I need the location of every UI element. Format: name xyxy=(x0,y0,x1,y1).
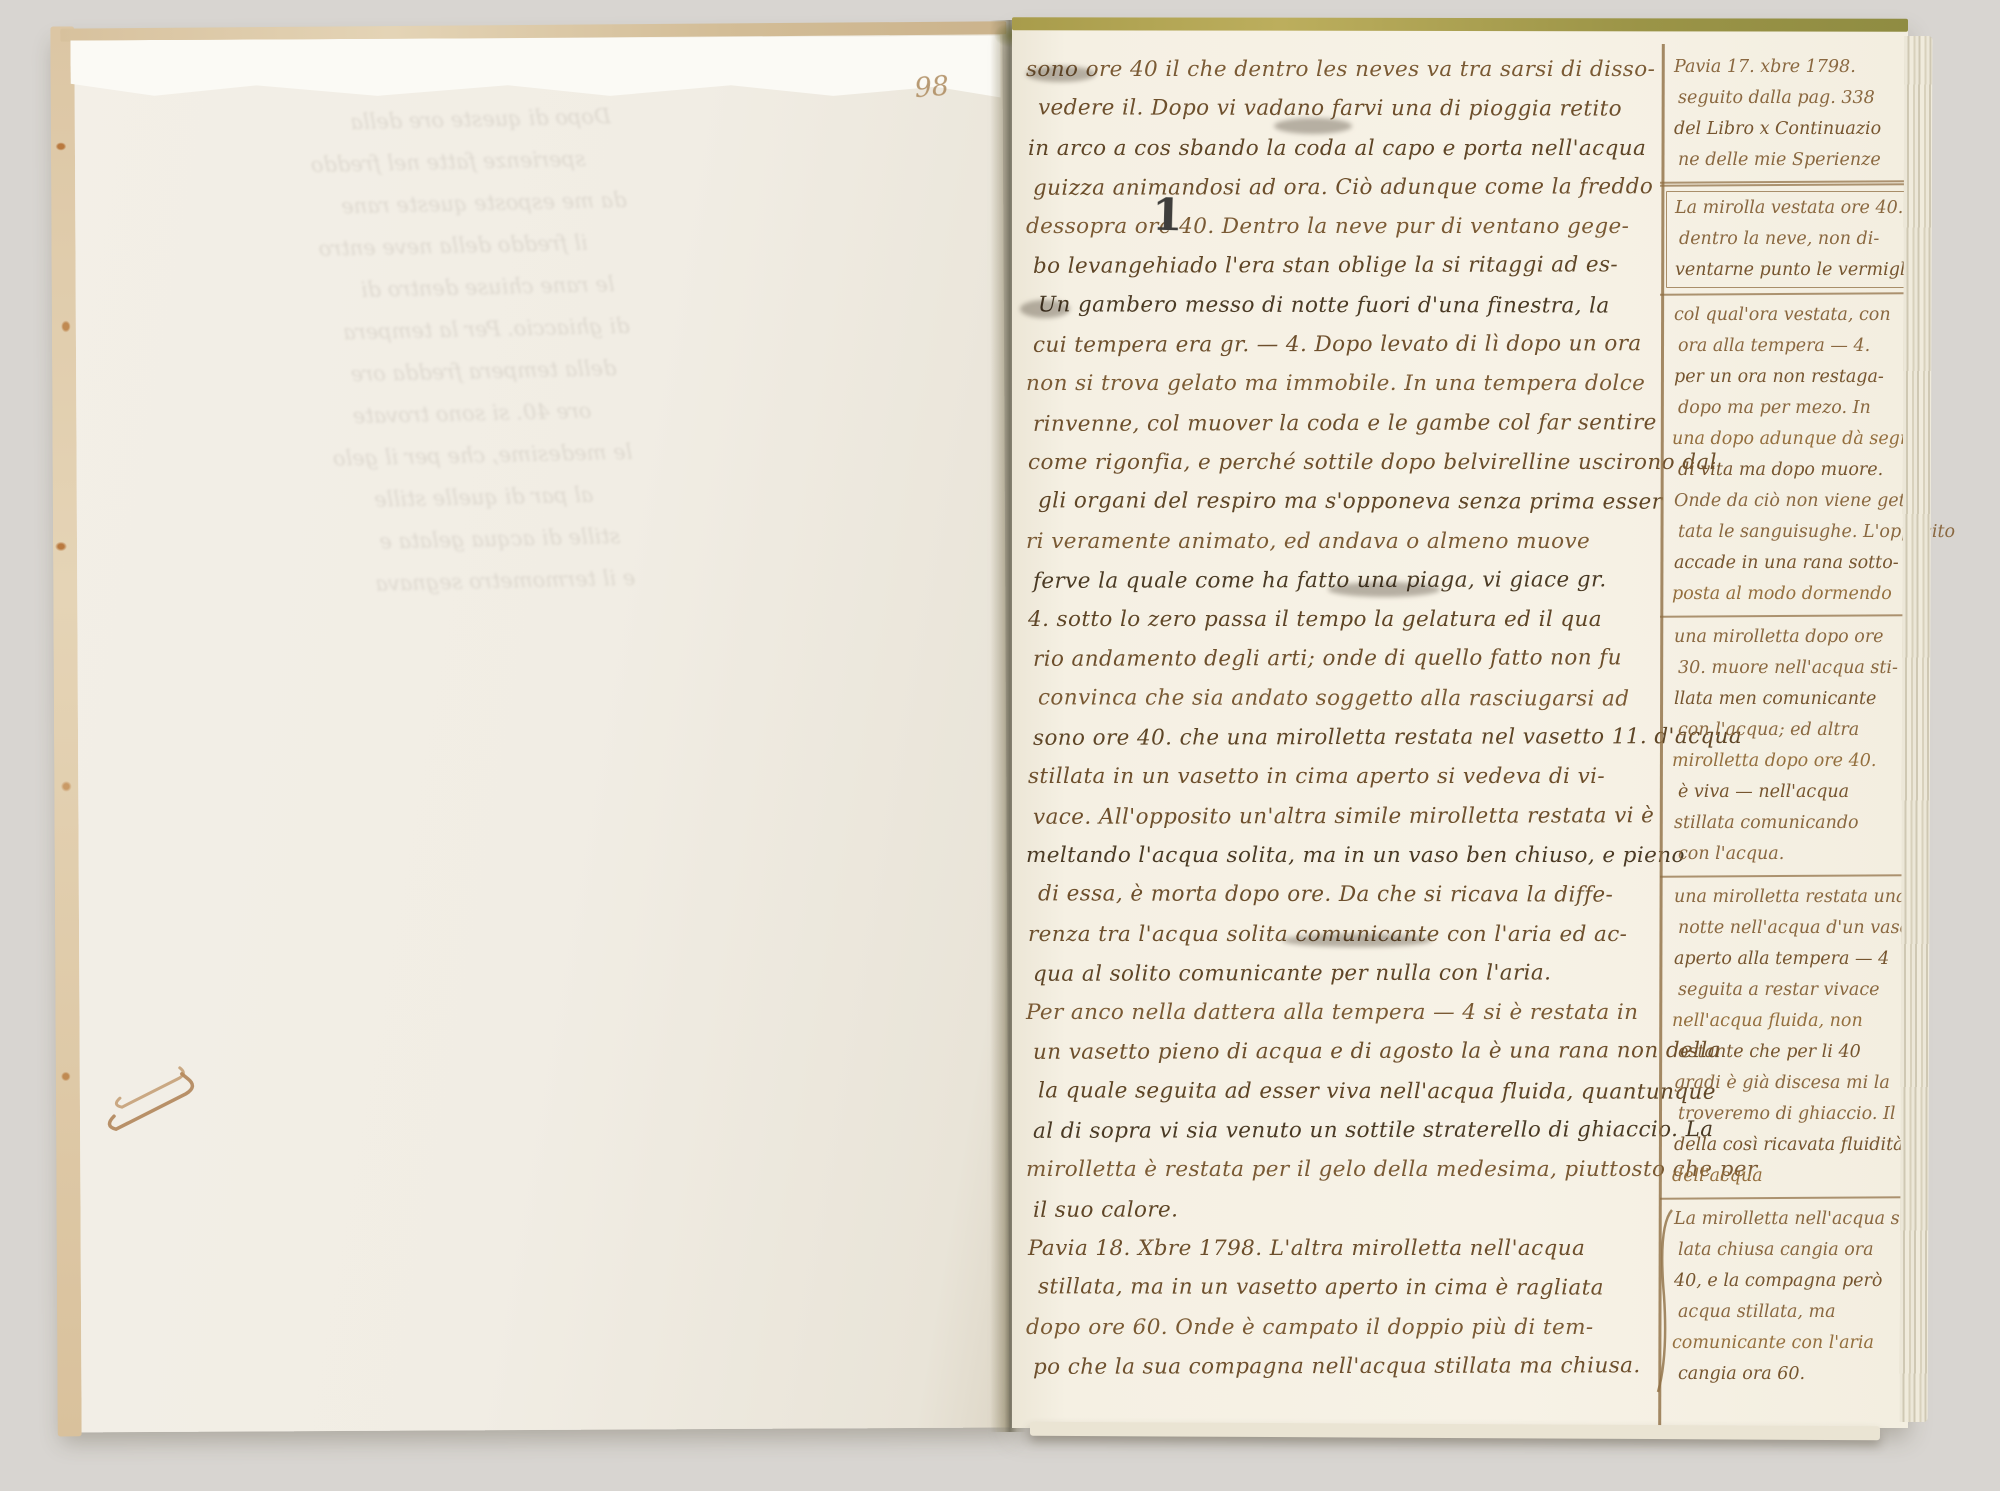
manuscript-line: stillata in un vasetto in cima aperto si… xyxy=(1028,757,1670,796)
manuscript-line: stillata, ma in un vasetto aperto in cim… xyxy=(1038,1268,1680,1309)
margin-line: del Libro x Continuazio xyxy=(1674,114,1906,145)
margin-section-2: col qual'ora vestata, conora alla temper… xyxy=(1674,300,1906,610)
margin-line: seguito dalla pag. 338 xyxy=(1678,83,1910,114)
margin-line: llata men comunicante xyxy=(1674,684,1906,715)
margin-line: ostante che per li 40 xyxy=(1678,1037,1910,1068)
manuscript-line: mirolletta è restata per il gelo della m… xyxy=(1026,1150,1668,1189)
folio-number-98: 98 xyxy=(913,71,950,104)
margin-line: della così ricavata fluidità xyxy=(1674,1130,1906,1161)
ink-smudge xyxy=(1274,118,1352,134)
margin-line: seguita a restar vivace xyxy=(1678,975,1910,1006)
margin-line: ventarne punto le vermiglie xyxy=(1675,255,1901,286)
manuscript-line: meltando l'acqua solita, ma in un vaso b… xyxy=(1026,836,1668,875)
manuscript-line: al di sopra vi sia venuto un sottile str… xyxy=(1033,1110,1675,1151)
manuscript-line: non si trova gelato ma immobile. In una … xyxy=(1026,364,1668,403)
margin-line: lata chiusa cangia ora xyxy=(1678,1235,1910,1266)
margin-line: cangia ora 60. xyxy=(1678,1359,1910,1390)
manuscript-line: qua al solito comunicante per nulla con … xyxy=(1033,953,1675,994)
margin-line: con l'acqua. xyxy=(1678,839,1910,870)
manuscript-line: in arco a cos sbando la coda al capo e p… xyxy=(1028,129,1670,168)
manuscript-line: un vasetto pieno di acqua e di agosto la… xyxy=(1033,1032,1675,1073)
margin-section-5: La mirolletta nell'acqua stil-lata chius… xyxy=(1674,1204,1906,1390)
margin-line: La mirolla vestata ore 40. xyxy=(1675,193,1901,224)
margin-header: Pavia 17. xbre 1798.seguito dalla pag. 3… xyxy=(1674,52,1906,176)
manuscript-line: rio andamento degli arti; onde di quello… xyxy=(1033,639,1675,680)
margin-line: posta al modo dormendo xyxy=(1672,579,1904,610)
margin-line: dentro la neve, non di- xyxy=(1679,224,1905,255)
manuscript-line: vedere il. Dopo vi vadano farvi una di p… xyxy=(1038,89,1680,130)
margin-line: tata le sanguisughe. L'opposito xyxy=(1678,517,1910,548)
olive-page-top-edge xyxy=(1012,17,1908,32)
margin-section-4: una mirolletta restata unanotte nell'acq… xyxy=(1674,882,1906,1192)
margin-section-1: La mirolla vestata ore 40.dentro la neve… xyxy=(1666,191,1906,288)
manuscript-line: dopo ore 60. Onde è campato il doppio pi… xyxy=(1026,1308,1668,1347)
horizontal-rule xyxy=(1660,183,1910,187)
margin-line: acqua stillata, ma xyxy=(1678,1297,1910,1328)
manuscript-line: ri veramente animato, ed andava o almeno… xyxy=(1026,522,1668,561)
horizontal-rule xyxy=(1660,1196,1910,1200)
margin-line: dopo ma per mezo. In xyxy=(1678,393,1910,424)
margin-line: una mirolletta dopo ore xyxy=(1674,622,1906,653)
torn-under-sheet xyxy=(70,36,1000,103)
margin-line: troveremo di ghiaccio. Il xyxy=(1678,1099,1910,1130)
horizontal-rule xyxy=(1660,614,1910,618)
margin-section-3: una mirolletta dopo ore30. muore nell'ac… xyxy=(1674,622,1906,870)
margin-line: 30. muore nell'acqua sti- xyxy=(1678,653,1910,684)
margin-line: La mirolletta nell'acqua stil- xyxy=(1674,1204,1906,1235)
manuscript-line: dessopra ore 40. Dentro la neve pur di v… xyxy=(1026,207,1668,246)
manuscript-line: la quale seguita ad esser viva nell'acqu… xyxy=(1038,1071,1680,1112)
horizontal-rule xyxy=(1660,874,1910,878)
ink-smudge xyxy=(1020,300,1070,318)
manuscript-line: di essa, è morta dopo ore. Da che si ric… xyxy=(1038,875,1680,916)
margin-line: comunicante con l'aria xyxy=(1672,1328,1904,1359)
left-page: Dopo di queste ore dellasperienze fatte … xyxy=(54,28,1009,1433)
margin-line: aperto alla tempera — 4 xyxy=(1674,944,1906,975)
margin-line: con l'acqua; ed altra xyxy=(1678,715,1910,746)
manuscript-line: il suo calore. xyxy=(1033,1189,1675,1230)
ink-smudge xyxy=(1282,934,1432,947)
manuscript-line: guizza animandosi ad ora. Ciò adunque co… xyxy=(1033,167,1675,208)
ink-smudge xyxy=(1328,582,1440,597)
margin-line: mirolletta dopo ore 40. xyxy=(1672,746,1904,777)
marbled-cover-edge xyxy=(50,26,81,1436)
manuscript-line: po che la sua compagna nell'acqua stilla… xyxy=(1033,1346,1675,1387)
margin-annotation-column: Pavia 17. xbre 1798.seguito dalla pag. 3… xyxy=(1674,52,1906,1390)
ink-smudge xyxy=(1026,66,1096,82)
margin-line: di vita ma dopo muore. xyxy=(1678,455,1910,486)
manuscript-line: vace. All'opposito un'altra simile mirol… xyxy=(1033,796,1675,837)
margin-line: notte nell'acqua d'un vaso xyxy=(1678,913,1910,944)
margin-line: una mirolletta restata una xyxy=(1674,882,1906,913)
manuscript-line: Un gambero messo di notte fuori d'una fi… xyxy=(1038,285,1680,326)
manuscript-line: rinvenne, col muover la coda e le gambe … xyxy=(1033,403,1675,444)
manuscript-line: bo levangehiado l'era stan oblige la si … xyxy=(1033,246,1675,287)
manuscript-line: sono ore 40 il che dentro les neves va t… xyxy=(1026,50,1668,89)
margin-line: gradi è già discesa mi la xyxy=(1674,1068,1906,1099)
manuscript-line: sono ore 40. che una mirolletta restata … xyxy=(1033,717,1675,758)
horizontal-rule xyxy=(1660,292,1910,296)
margin-line: ora alla tempera — 4. xyxy=(1678,331,1910,362)
manuscript-line: come rigonfia, e perché sottile dopo bel… xyxy=(1028,443,1670,482)
margin-line: Pavia 17. xbre 1798. xyxy=(1674,52,1906,83)
margin-line: accade in una rana sotto- xyxy=(1674,548,1906,579)
margin-line: è viva — nell'acqua xyxy=(1678,777,1910,808)
margin-line: per un ora non restaga- xyxy=(1674,362,1906,393)
right-page: sono ore 40 il che dentro les neves va t… xyxy=(1012,24,1908,1428)
paperclip-rust-stain xyxy=(98,1050,208,1146)
margin-line: 40, e la compagna però xyxy=(1674,1266,1906,1297)
margin-line: stillata comunicando xyxy=(1674,808,1906,839)
manuscript-line: cui tempera era gr. — 4. Dopo levato di … xyxy=(1033,324,1675,365)
manuscript-line: 4. sotto lo zero passa il tempo la gelat… xyxy=(1028,600,1670,639)
bleedthrough-text: Dopo di queste ore dellasperienze fatte … xyxy=(110,95,621,610)
margin-line: Onde da ciò non viene get- xyxy=(1674,486,1906,517)
manuscript-line: convinca che sia andato soggetto alla ra… xyxy=(1038,678,1680,719)
manuscript-line: Pavia 18. Xbre 1798. L'altra mirolletta … xyxy=(1028,1229,1670,1268)
manuscript-line: gli organi del respiro ma s'opponeva sen… xyxy=(1038,482,1680,523)
margin-line: ne delle mie Sperienze xyxy=(1678,145,1910,176)
margin-line: una dopo adunque dà segni xyxy=(1672,424,1904,455)
margin-section-5-lines: La mirolletta nell'acqua stil-lata chius… xyxy=(1674,1204,1906,1390)
manuscript-line: Per anco nella dattera alla tempera — 4 … xyxy=(1026,993,1668,1032)
margin-brace xyxy=(1654,1206,1676,1396)
margin-line: dell'acqua xyxy=(1672,1161,1904,1192)
margin-line: nell'acqua fluida, non xyxy=(1672,1006,1904,1037)
folio-stamp-1: 1 xyxy=(1151,190,1183,242)
main-manuscript-text: sono ore 40 il che dentro les neves va t… xyxy=(1028,50,1670,1386)
fore-edge-page-stack xyxy=(1900,36,1933,1422)
margin-line: col qual'ora vestata, con xyxy=(1674,300,1906,331)
